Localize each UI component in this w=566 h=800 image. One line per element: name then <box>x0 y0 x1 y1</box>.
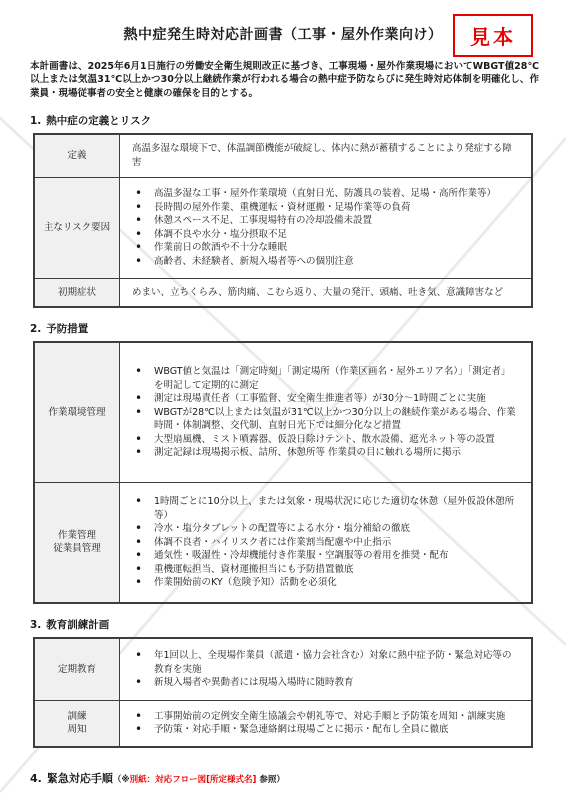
row-label-cell: 作業管理従業員管理 <box>35 483 120 602</box>
section-table: 作業環境管理WBGT値と気温は「測定時刻」「測定場所（作業区画名・屋外エリア名）… <box>33 341 533 604</box>
row-label-line: 初期症状 <box>58 286 96 300</box>
bullet-item: 作業開始前のKY（危険予知）活動を必須化 <box>120 576 519 589</box>
section: 4.緊急対応手順（※別紙：対応フロー図[所定様式名] 参照） <box>0 770 566 786</box>
bullet-item: 年1回以上、全現場作業員（派遣・協力会社含む）対象に熱中症予防・緊急対応等の教育… <box>120 649 519 676</box>
bullet-item: 1時間ごとに10分以上、または気象・現場状況に応じた適切な休憩（屋外仮設休憩所等… <box>120 495 519 522</box>
section-number: 1. <box>30 115 41 127</box>
row-label-line: 定義 <box>67 149 86 163</box>
row-text: めまい、立ちくらみ、筋肉痛、こむら返り、大量の発汗、頭痛、吐き気、意識障害など <box>120 286 519 299</box>
bullet-item: 測定は現場責任者（工事監督、安全衛生推進者等）が30分～1時間ごとに実施 <box>120 392 519 405</box>
bullet-item: 通気性・吸湿性・冷却機能付き作業服・空調服等の着用を推奨・配布 <box>120 549 519 562</box>
section-title: 予防措置 <box>46 323 88 335</box>
bullet-item: 重機運転担当、資材運搬担当にも予防措置徹底 <box>120 563 519 576</box>
row-label-line: 訓練 <box>67 710 86 724</box>
table-row: 定義高温多湿な環境下で、体温調節機能が破綻し、体内に熱が蓄積することにより発症す… <box>35 135 531 177</box>
bullet-item: 長時間の屋外作業、重機運転・資材運搬・足場作業等の負荷 <box>120 201 519 214</box>
bullet-item: 予防策・対応手順・緊急連絡網は現場ごとに掲示・配布し全員に徹底 <box>120 723 519 736</box>
row-label-cell: 定期教育 <box>35 639 120 700</box>
intro-paragraph: 本計画書は、2025年6月1日施行の労働安全衛生規則改正に基づき、工事現場・屋外… <box>30 60 539 100</box>
bullet-item: 高温多湿な工事・屋外作業環境（直射日光、防護具の装着、足場・高所作業等） <box>120 187 519 200</box>
bullet-item: 休憩スペース不足、工事現場特有の冷却設備未設置 <box>120 214 519 227</box>
table-row: 定期教育年1回以上、全現場作業員（派遣・協力会社含む）対象に熱中症予防・緊急対応… <box>35 639 531 700</box>
row-label-line: 定期教育 <box>58 663 96 677</box>
table-row: 作業環境管理WBGT値と気温は「測定時刻」「測定場所（作業区画名・屋外エリア名）… <box>35 343 531 482</box>
section: 2.予防措置作業環境管理WBGT値と気温は「測定時刻」「測定場所（作業区画名・屋… <box>0 321 566 604</box>
table-row: 初期症状めまい、立ちくらみ、筋肉痛、こむら返り、大量の発汗、頭痛、吐き気、意識障… <box>35 278 531 306</box>
section-number: 2. <box>30 323 41 335</box>
section-title: 緊急対応手順 <box>47 772 113 785</box>
row-text: 高温多湿な環境下で、体温調節機能が破綻し、体内に熱が蓄積することにより発症する障… <box>120 142 519 169</box>
bullet-item: WBGTが28℃以上または気温が31℃以上かつ30分以上の継続作業がある場合、作… <box>120 406 519 433</box>
row-label-line: 周知 <box>67 723 86 737</box>
bullet-item: WBGT値と気温は「測定時刻」「測定場所（作業区画名・屋外エリア名）」「測定者」… <box>120 365 519 392</box>
section-table: 定期教育年1回以上、全現場作業員（派遣・協力会社含む）対象に熱中症予防・緊急対応… <box>33 637 533 748</box>
sample-stamp: 見本 <box>453 14 533 57</box>
row-label-line: 従業員管理 <box>53 542 101 556</box>
bullet-item: 工事開始前の定例安全衛生協議会や朝礼等で、対応手順と予防策を周知・訓練実施 <box>120 710 519 723</box>
section: 3.教育訓練計画定期教育年1回以上、全現場作業員（派遣・協力会社含む）対象に熱中… <box>0 617 566 748</box>
bullet-list: 年1回以上、全現場作業員（派遣・協力会社含む）対象に熱中症予防・緊急対応等の教育… <box>120 649 519 689</box>
section-number: 3. <box>30 619 41 631</box>
bullet-item: 測定記録は現場掲示板、詰所、休憩所等 作業員の目に触れる場所に掲示 <box>120 446 519 459</box>
section-heading: 4.緊急対応手順（※別紙：対応フロー図[所定様式名] 参照） <box>30 770 566 786</box>
section: 1.熱中症の定義とリスク定義高温多湿な環境下で、体温調節機能が破綻し、体内に熱が… <box>0 113 566 308</box>
row-label-cell: 初期症状 <box>35 279 120 306</box>
section-table: 定義高温多湿な環境下で、体温調節機能が破綻し、体内に熱が蓄積することにより発症す… <box>33 133 533 308</box>
bullet-item: 高齢者、未経験者、新規入場者等への個別注意 <box>120 255 519 268</box>
row-label-line: 作業環境管理 <box>48 406 105 420</box>
section-title: 熱中症の定義とリスク <box>46 115 151 127</box>
row-label-line: 作業管理 <box>58 529 96 543</box>
section-heading: 2.予防措置 <box>30 321 566 336</box>
row-content-cell: WBGT値と気温は「測定時刻」「測定場所（作業区画名・屋外エリア名）」「測定者」… <box>120 343 531 482</box>
bullet-item: 冷水・塩分タブレットの配置等による水分・塩分補給の徹底 <box>120 522 519 535</box>
row-label-line: 主なリスク要因 <box>44 221 110 235</box>
table-row: 訓練周知工事開始前の定例安全衛生協議会や朝礼等で、対応手順と予防策を周知・訓練実… <box>35 700 531 746</box>
row-label-cell: 定義 <box>35 135 120 177</box>
section-heading-note: （※別紙：対応フロー図[所定様式名] 参照） <box>113 775 285 785</box>
table-row: 作業管理従業員管理1時間ごとに10分以上、または気象・現場状況に応じた適切な休憩… <box>35 482 531 602</box>
sample-stamp-label: 見本 <box>470 25 516 49</box>
sections-container: 1.熱中症の定義とリスク定義高温多湿な環境下で、体温調節機能が破綻し、体内に熱が… <box>0 113 566 786</box>
section-heading: 3.教育訓練計画 <box>30 617 566 632</box>
bullet-item: 体調不良や水分・塩分摂取不足 <box>120 228 519 241</box>
row-label-cell: 訓練周知 <box>35 701 120 746</box>
section-number: 4. <box>30 772 42 785</box>
bullet-list: 高温多湿な工事・屋外作業環境（直射日光、防護具の装着、足場・高所作業等）長時間の… <box>120 187 519 268</box>
section-heading: 1.熱中症の定義とリスク <box>30 113 566 128</box>
row-label-cell: 作業環境管理 <box>35 343 120 482</box>
note-attachment-reference: 別紙：対応フロー図[所定様式名] <box>130 775 257 785</box>
section-title: 教育訓練計画 <box>46 619 109 631</box>
row-content-cell: 高温多湿な工事・屋外作業環境（直射日光、防護具の装着、足場・高所作業等）長時間の… <box>120 178 531 278</box>
row-content-cell: 年1回以上、全現場作業員（派遣・協力会社含む）対象に熱中症予防・緊急対応等の教育… <box>120 639 531 700</box>
bullet-list: WBGT値と気温は「測定時刻」「測定場所（作業区画名・屋外エリア名）」「測定者」… <box>120 365 519 459</box>
bullet-list: 工事開始前の定例安全衛生協議会や朝礼等で、対応手順と予防策を周知・訓練実施予防策… <box>120 710 519 737</box>
bullet-list: 1時間ごとに10分以上、または気象・現場状況に応じた適切な休憩（屋外仮設休憩所等… <box>120 495 519 589</box>
row-content-cell: 高温多湿な環境下で、体温調節機能が破綻し、体内に熱が蓄積することにより発症する障… <box>120 135 531 177</box>
bullet-item: 体調不良者・ハイリスク者には作業割当配慮や中止指示 <box>120 536 519 549</box>
row-content-cell: めまい、立ちくらみ、筋肉痛、こむら返り、大量の発汗、頭痛、吐き気、意識障害など <box>120 279 531 306</box>
document-page: 熱中症発生時対応計画書（工事・屋外作業向け） 見本 本計画書は、2025年6月1… <box>0 0 566 800</box>
bullet-item: 新規入場者や異動者には現場入場時に随時教育 <box>120 676 519 689</box>
bullet-item: 大型扇風機、ミスト噴霧器、仮設日除けテント、散水設備、遮光ネット等の設置 <box>120 433 519 446</box>
row-label-cell: 主なリスク要因 <box>35 178 120 278</box>
row-content-cell: 1時間ごとに10分以上、または気象・現場状況に応じた適切な休憩（屋外仮設休憩所等… <box>120 483 531 602</box>
note-suffix: 参照） <box>256 775 284 785</box>
note-prefix: （※ <box>113 775 130 785</box>
row-content-cell: 工事開始前の定例安全衛生協議会や朝礼等で、対応手順と予防策を周知・訓練実施予防策… <box>120 701 531 746</box>
bullet-item: 作業前日の飲酒や不十分な睡眠 <box>120 241 519 254</box>
table-row: 主なリスク要因高温多湿な工事・屋外作業環境（直射日光、防護具の装着、足場・高所作… <box>35 177 531 278</box>
